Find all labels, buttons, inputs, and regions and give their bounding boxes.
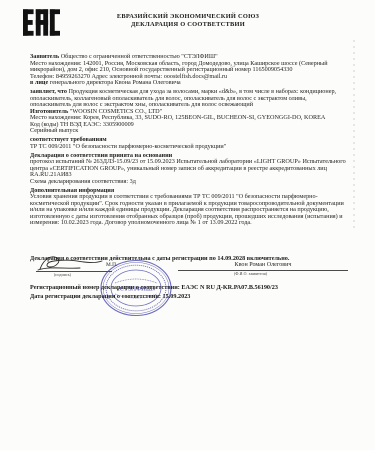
representative-name: генерального директора Квона Романа Олег… <box>50 79 181 86</box>
product-description: Продукция косметическая для ухода за вол… <box>30 88 336 108</box>
document-header: ЕВРАЗИЙСКИЙ ЭКОНОМИЧЕСКИЙ СОЮЗ ДЕКЛАРАЦИ… <box>72 13 304 29</box>
registration-number-line: Регистрационный номер декларации о соотв… <box>30 285 348 292</box>
applicant-label: Заявитель <box>30 53 59 60</box>
registration-date-value: 15.09.2023 <box>163 293 191 300</box>
registration-date-label: Дата регистрации декларации о соответств… <box>30 293 161 300</box>
representative-line: в лице генерального директора Квона Рома… <box>30 80 348 87</box>
registration-date-line: Дата регистрации декларации о соответств… <box>30 294 348 301</box>
eac-logo-icon <box>23 9 60 36</box>
registration-number-value: ЕАЭС N RU Д-KR.РА07.В.56190/23 <box>181 284 278 291</box>
basis-text: протокол испытаний № 263ДЛЗ-15.09/23 от … <box>30 159 348 179</box>
signatory-name: Квон Роман Олегович <box>178 262 348 268</box>
registration-number-label: Регистрационный номер декларации о соотв… <box>30 284 180 291</box>
document-title: ДЕКЛАРАЦИЯ О СООТВЕТСТВИИ <box>72 21 304 29</box>
eac-declaration-document: ЕВРАЗИЙСКИЙ ЭКОНОМИЧЕСКИЙ СОЮЗ ДЕКЛАРАЦИ… <box>0 0 375 450</box>
representative-label: в лице <box>30 79 48 86</box>
document-body: Заявитель Общество с ограниченной ответс… <box>30 54 348 227</box>
scan-artifact-marks <box>353 40 355 230</box>
additional-info-text: Условия хранения продукции в соответстви… <box>30 194 348 227</box>
signatory-name-caption: (Ф.И.О. заявителя) <box>234 272 267 276</box>
release-type: Серийный выпуск <box>30 128 348 135</box>
applicant-address: Место нахождения: 142001, Россия, Москов… <box>30 61 348 74</box>
union-title: ЕВРАЗИЙСКИЙ ЭКОНОМИЧЕСКИЙ СОЮЗ <box>72 13 304 21</box>
regulation-reference: ТР ТС 009/2011 "О безопасности парфюмерн… <box>30 144 348 151</box>
signature-caption: (подпись) <box>54 273 71 277</box>
applicant-name: Общество с ограниченной ответственностью… <box>61 53 218 60</box>
product-line: заявляет, что Продукция косметическая дл… <box>30 89 348 109</box>
declaration-scheme: Схема декларирования соответствия: 3д <box>30 179 348 186</box>
